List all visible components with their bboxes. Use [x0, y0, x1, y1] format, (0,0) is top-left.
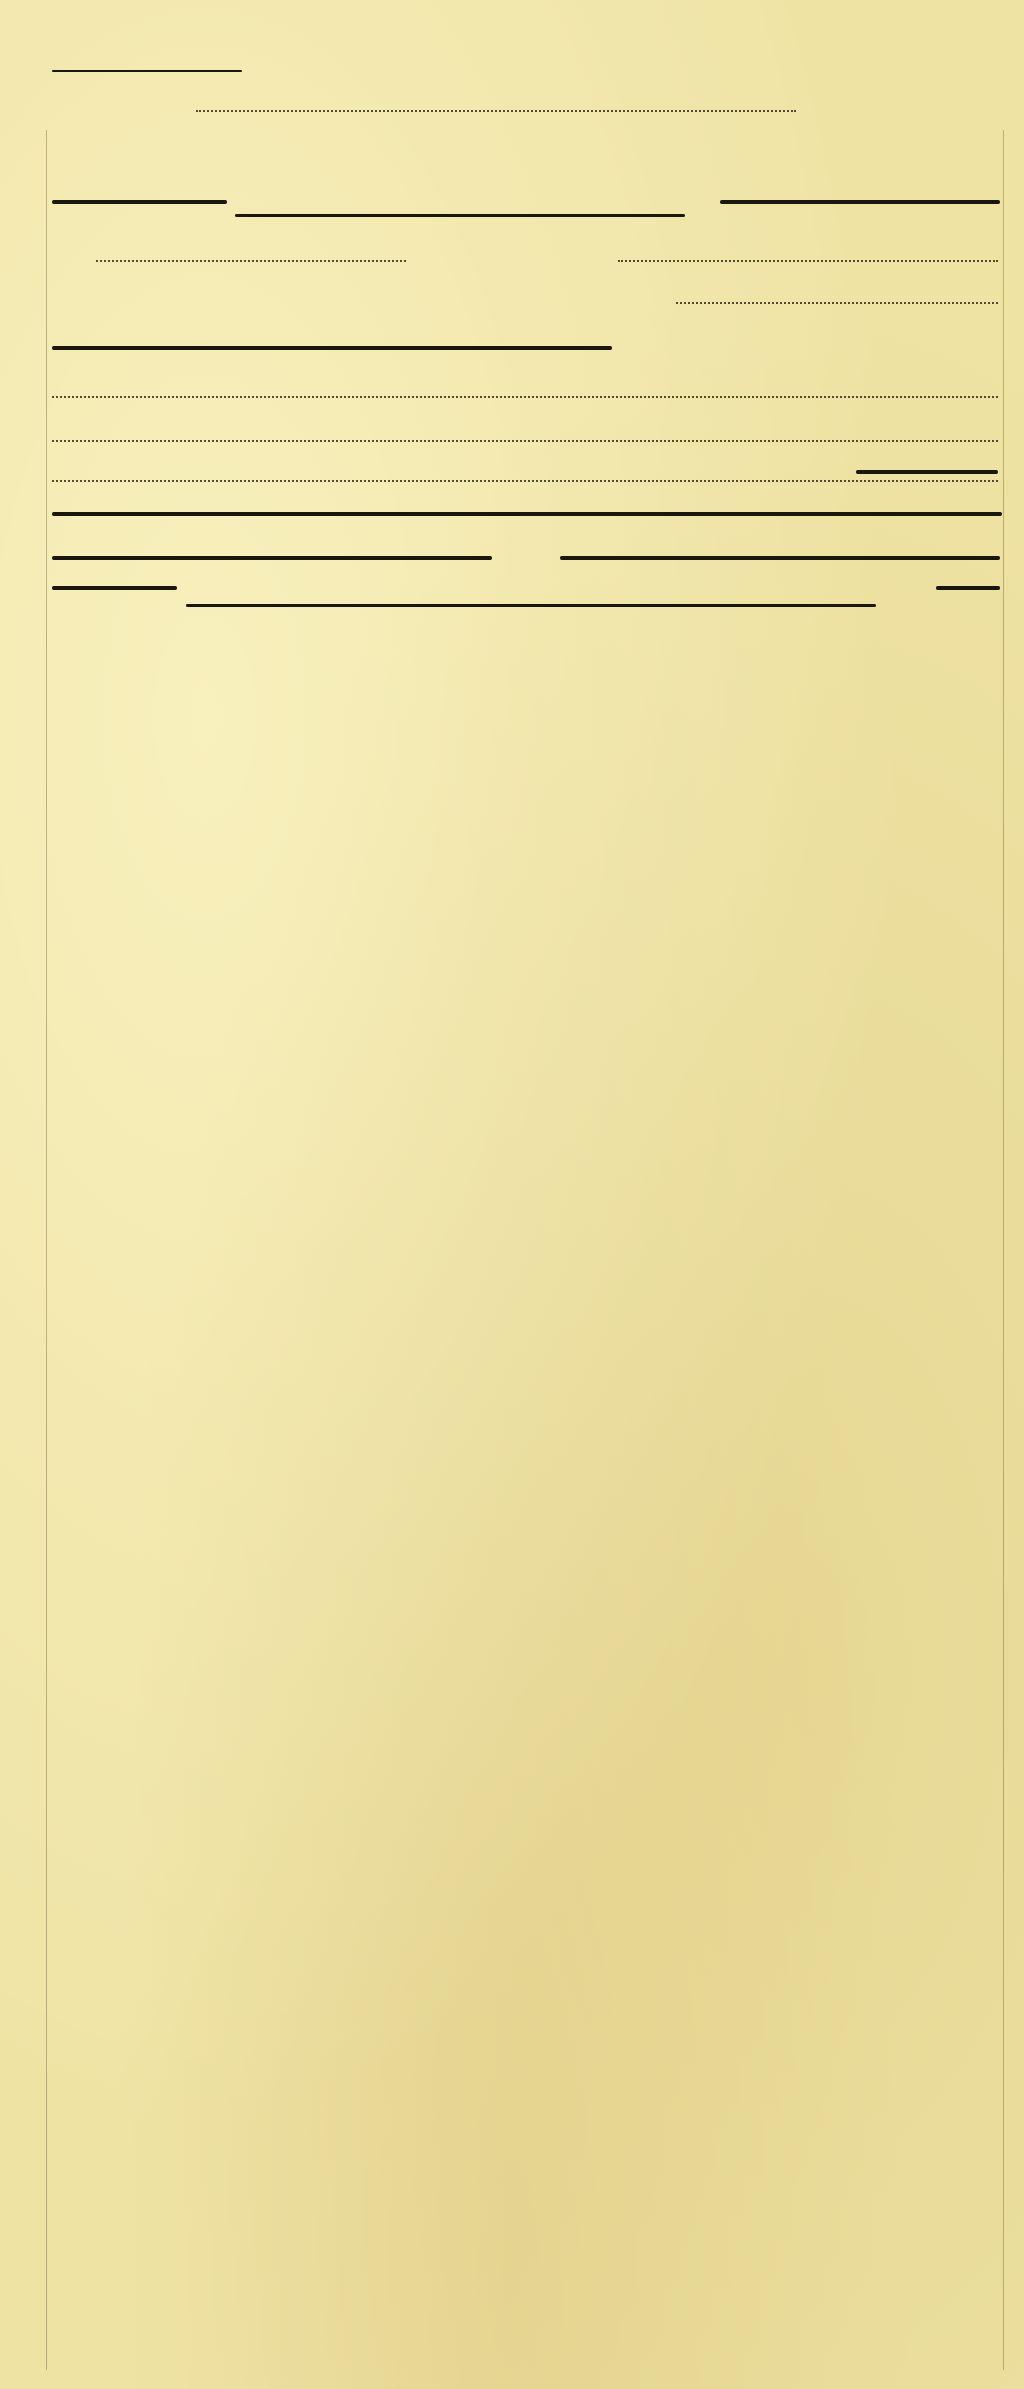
rule: [52, 586, 177, 590]
name-underline: [235, 214, 685, 217]
rule: [52, 200, 227, 204]
rule: [52, 512, 1002, 516]
left-margin-line: [46, 130, 47, 2370]
rule: [936, 586, 1000, 590]
name-underline: [186, 604, 876, 607]
number-underline: [52, 70, 242, 72]
dotted-line: [52, 480, 998, 482]
rule: [52, 556, 492, 560]
dotted-line: [618, 260, 998, 262]
date-dotted-line: [196, 110, 796, 112]
rule: [560, 556, 1000, 560]
dotted-line: [52, 440, 998, 442]
right-margin-line: [1003, 130, 1004, 2370]
dotted-line: [676, 302, 998, 304]
rule: [720, 200, 1000, 204]
dotted-line: [96, 260, 406, 262]
rule: [856, 470, 998, 474]
rule: [52, 346, 612, 350]
dotted-line: [52, 396, 998, 398]
